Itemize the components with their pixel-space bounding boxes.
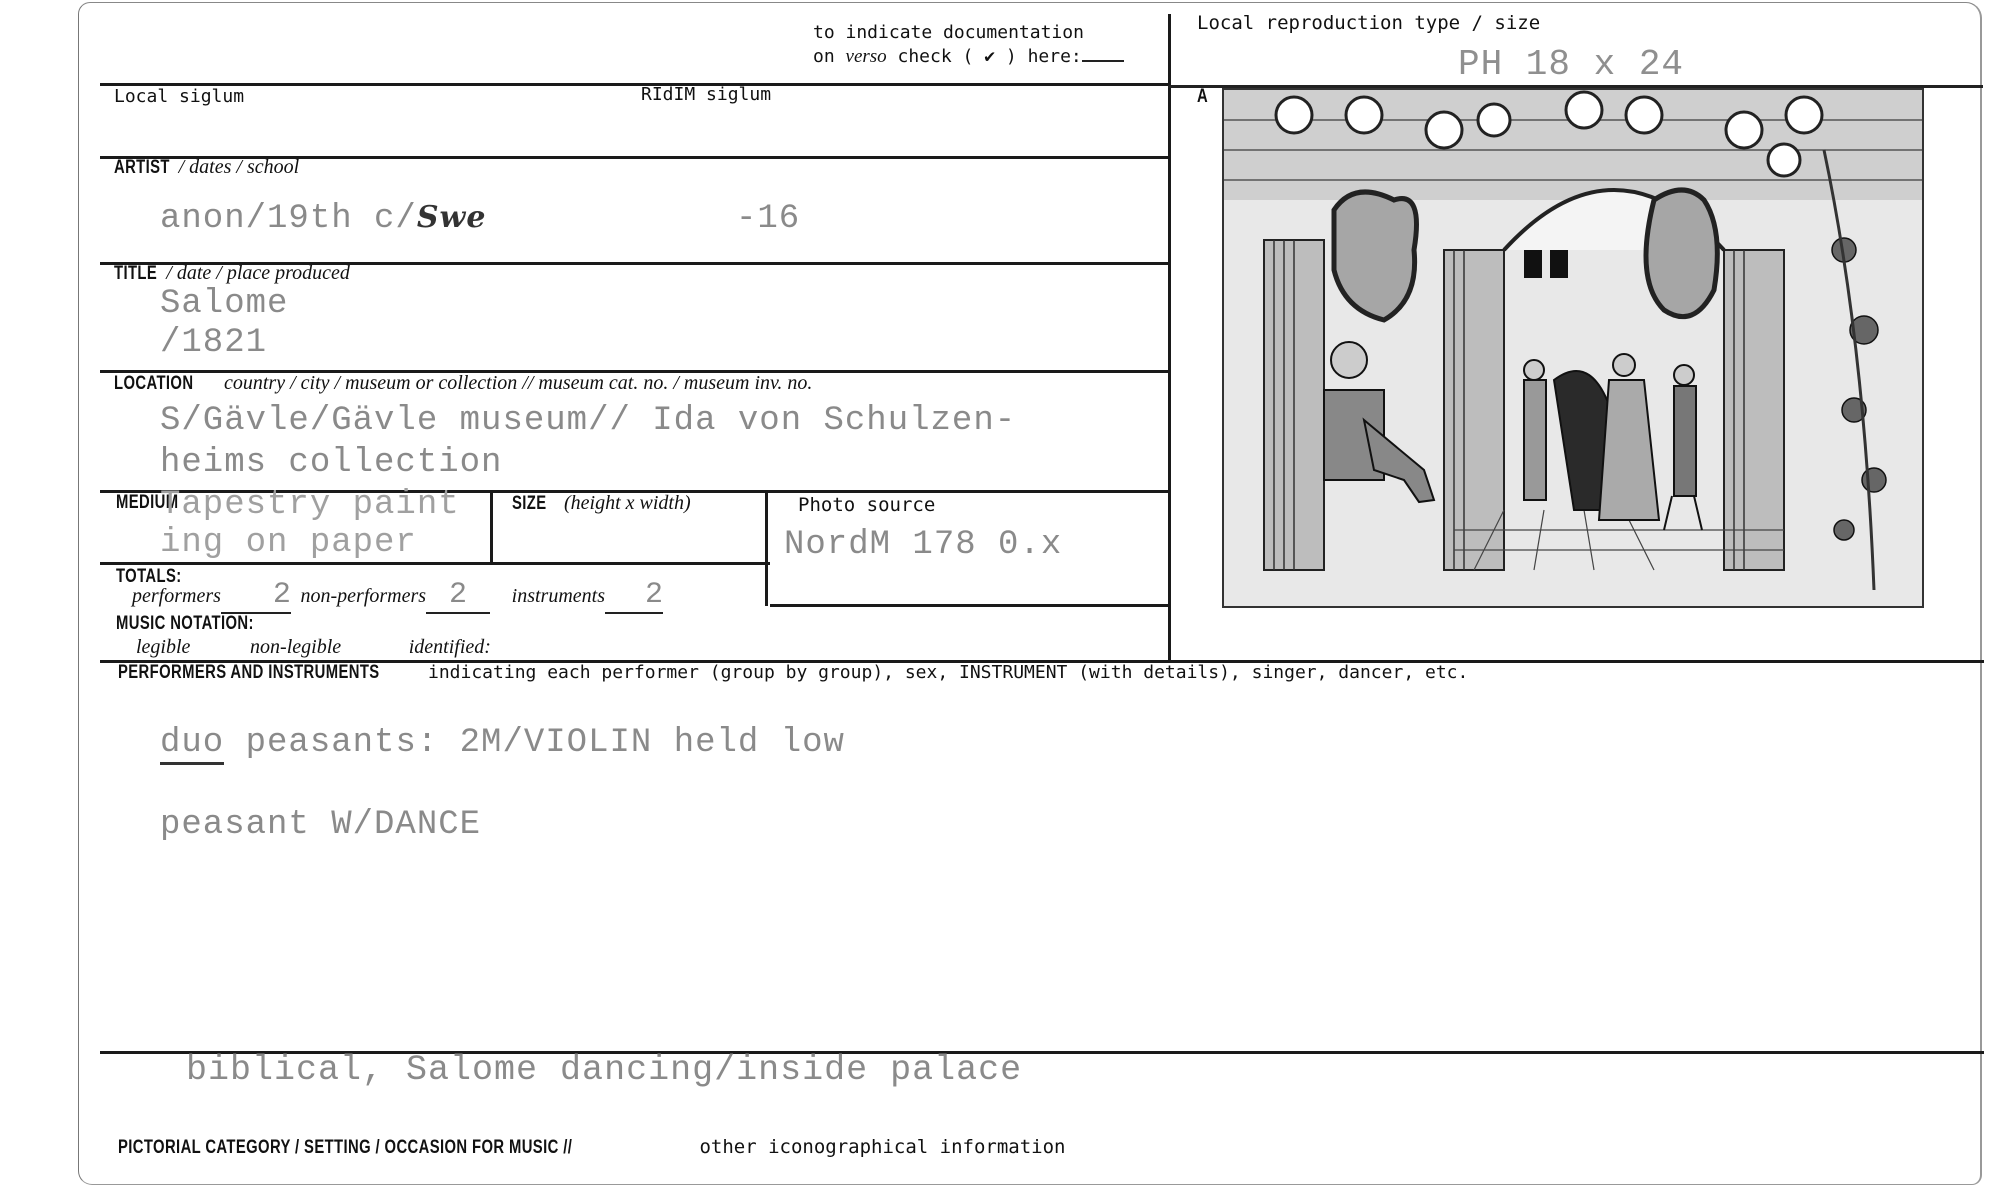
- identified-option[interactable]: identified:: [409, 636, 491, 658]
- artwork-photo: [1222, 88, 1924, 608]
- size-label: SIZE: [512, 493, 553, 515]
- verso-note-line1: to indicate documentation: [813, 22, 1084, 43]
- performers-line1: duo peasants: 2M/VIOLIN held low: [160, 724, 845, 762]
- artist-label-group: ARTIST / dates / school: [114, 156, 299, 179]
- performers-line1-rest: peasants: 2M/VIOLIN held low: [224, 724, 845, 762]
- verso-post: check (: [887, 46, 974, 67]
- rule-photosource-bottom: [770, 604, 1170, 607]
- checkmark-icon: ✔: [984, 46, 995, 67]
- title-sublabel: / date / place produced: [161, 262, 350, 284]
- rule-totals-end: [765, 562, 768, 606]
- size-field[interactable]: [500, 525, 758, 555]
- size-sublabel: (height x width): [564, 492, 691, 514]
- location-value-line1: S/Gävle/Gävle museum// Ida von Schulzen-: [160, 402, 1016, 440]
- non-performers-label: non-performers: [301, 585, 427, 607]
- verso-note-line2: on verso check ( ✔ ) here:: [813, 46, 1124, 68]
- reproduction-label: Local reproduction type / size: [1197, 12, 1540, 34]
- size-label-group: SIZE(height x width): [512, 492, 691, 515]
- medium-value-line1: Tapestry paint: [160, 486, 460, 524]
- photo-corner-label: A: [1197, 86, 1208, 108]
- local-siglum-label: Local siglum: [114, 86, 244, 107]
- location-label: LOCATION: [114, 373, 200, 395]
- verso-pre: on: [813, 46, 846, 67]
- artist-value: anon/19th c/Swe: [160, 200, 486, 238]
- title-label: TITLE: [114, 263, 157, 285]
- artist-handwritten: Swe: [417, 200, 487, 235]
- location-sublabel: country / city / museum or collection //…: [224, 372, 812, 394]
- photo-source-value: NordM 178 0.x: [784, 526, 1062, 564]
- legible-option[interactable]: legible: [136, 636, 190, 658]
- verso-check-field[interactable]: [1082, 60, 1124, 62]
- artist-text: anon/19th c/: [160, 200, 417, 238]
- non-performers-value[interactable]: 2: [426, 578, 490, 614]
- performers-value[interactable]: 2: [221, 578, 291, 614]
- performers-label-group: PERFORMERS AND INSTRUMENTSindicating eac…: [118, 662, 1468, 684]
- totals-row: performers2 non-performers2 instruments2: [132, 578, 663, 614]
- performers-label: performers: [132, 585, 221, 607]
- artist-label: ARTIST: [114, 157, 170, 179]
- artwork-image-icon: [1224, 90, 1924, 608]
- instruments-value[interactable]: 2: [605, 578, 663, 614]
- verso-italic: verso: [846, 46, 887, 67]
- photo-source-label: Photo source: [798, 494, 935, 516]
- rule-medium-size-divider: [490, 490, 493, 564]
- reproduction-value: PH 18 x 24: [1458, 44, 1684, 85]
- pictorial-sublabel: other iconographical information: [688, 1136, 1066, 1158]
- artist-number: -16: [736, 200, 800, 238]
- rule-siglum-top: [100, 83, 1170, 86]
- pictorial-label-group: PICTORIAL CATEGORY / SETTING / OCCASION …: [118, 1136, 1066, 1159]
- title-value-line2: /1821: [160, 324, 267, 362]
- performers-sublabel: indicating each performer (group by grou…: [428, 662, 1468, 683]
- artist-sublabel: / dates / school: [174, 156, 300, 178]
- non-legible-option[interactable]: non-legible: [250, 636, 341, 658]
- instruments-label: instruments: [512, 585, 605, 607]
- pictorial-label: PICTORIAL CATEGORY / SETTING / OCCASION …: [118, 1137, 586, 1159]
- location-label-group: LOCATIONcountry / city / museum or colle…: [114, 372, 812, 395]
- title-label-group: TITLE / date / place produced: [114, 262, 350, 285]
- location-value-line2: heims collection: [160, 444, 502, 482]
- music-notation-label: MUSIC NOTATION:: [116, 613, 254, 635]
- verso-end: ) here:: [1006, 46, 1082, 67]
- medium-value-line2: ing on paper: [160, 524, 417, 562]
- performers-line1-underlined: duo: [160, 724, 224, 765]
- ridim-siglum-label: RIdIM siglum: [641, 84, 771, 105]
- performers-label: PERFORMERS AND INSTRUMENTS: [118, 662, 360, 684]
- title-value-line1: Salome: [160, 285, 288, 323]
- rule-medium-bottom: [100, 562, 770, 565]
- column-divider: [1168, 14, 1171, 660]
- performers-line2: peasant W/DANCE: [160, 806, 481, 844]
- pictorial-value: biblical, Salome dancing/inside palace: [186, 1050, 1022, 1090]
- music-notation-options: legible non-legible identified:: [136, 636, 491, 659]
